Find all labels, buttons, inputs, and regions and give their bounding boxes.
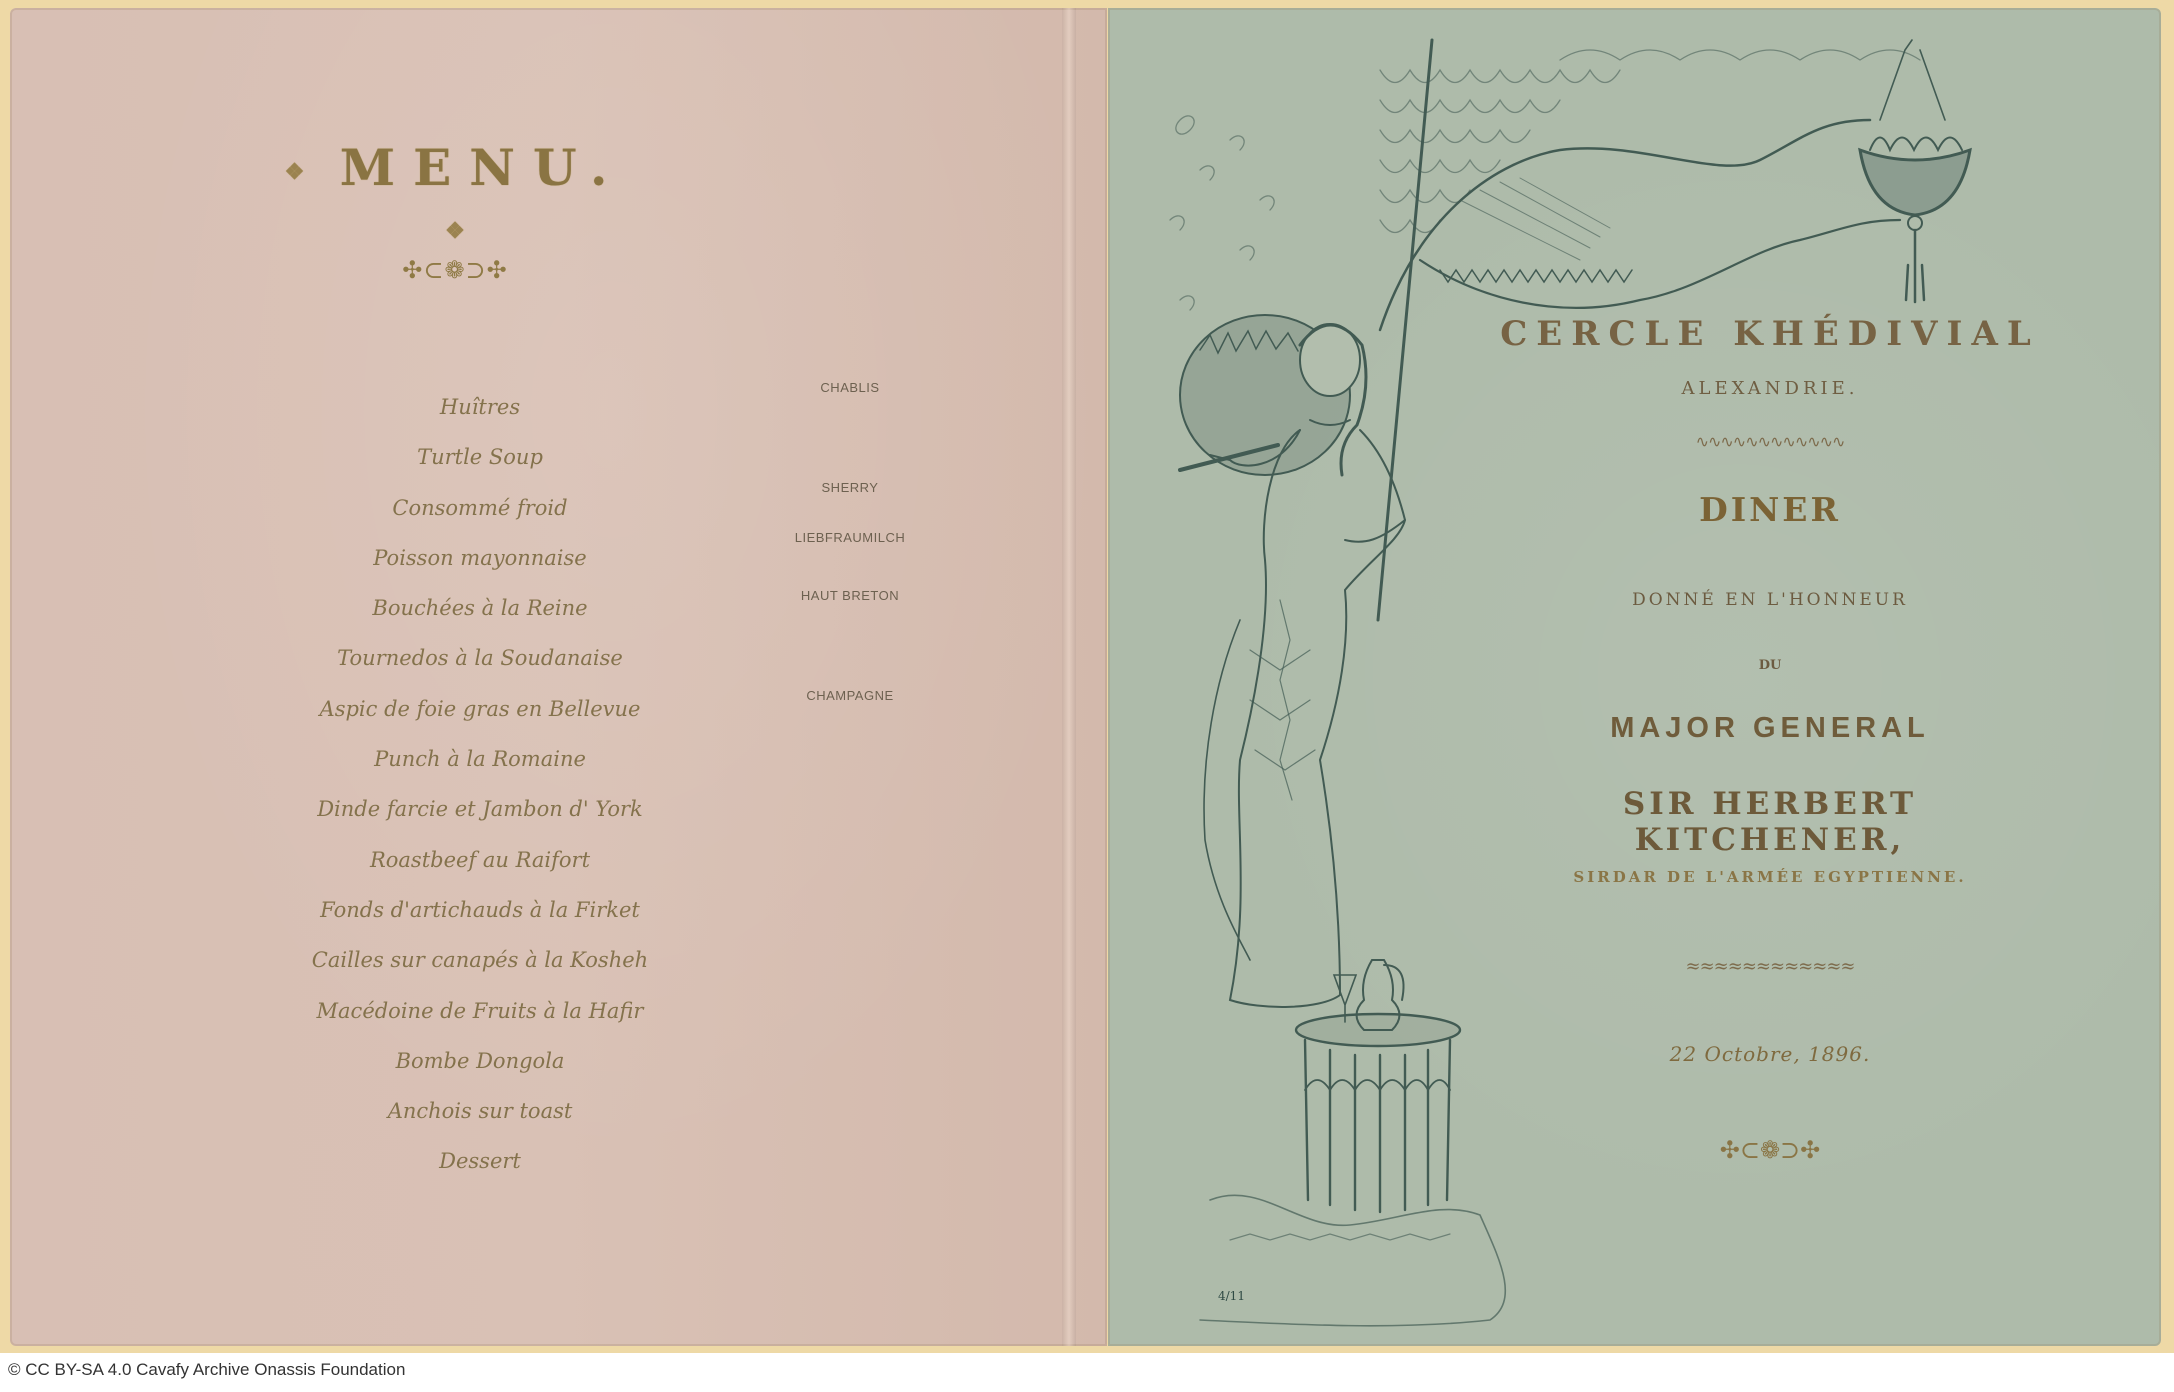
side-table-icon xyxy=(1296,960,1460,1212)
scale-pattern-icon xyxy=(1170,50,1920,310)
honoree-name: SIR HERBERT KITCHENER, xyxy=(1490,786,2050,858)
honoree-role: SIRDAR DE L'ARMÉE EGYPTIENNE. xyxy=(1490,868,2050,886)
scanned-document: ❖ MENU. ❖ ✣⊂❁⊃✣ Huîtres Turtle Soup Cons… xyxy=(0,0,2174,1353)
copyright-credit: © CC BY-SA 4.0 Cavafy Archive Onassis Fo… xyxy=(8,1360,405,1380)
club-name: CERCLE KHÉDIVIAL xyxy=(1490,314,2050,354)
rug-icon xyxy=(1200,1195,1505,1326)
artist-signature: 4/11 xyxy=(1218,1289,1245,1303)
honoree-rank: MAJOR GENERAL xyxy=(1490,712,2050,745)
city-name: ALEXANDRIE. xyxy=(1490,378,2050,399)
event-date: 22 Octobre, 1896. xyxy=(1490,1042,2050,1066)
event-title: DINER xyxy=(1490,490,2050,529)
bottom-ornament-icon: ✣⊂❁⊃✣ xyxy=(1490,1136,2050,1164)
hanging-lamp-icon xyxy=(1860,40,1970,302)
wave-divider-icon: ≈≈≈≈≈≈≈≈≈≈≈≈ xyxy=(1490,956,2050,977)
article-text: DU xyxy=(1490,658,2050,673)
dedication-text: DONNÉ EN L'HONNEUR xyxy=(1490,590,2050,610)
squiggle-divider-icon: ∿∿∿∿∿∿∿∿∿∿∿∿ xyxy=(1490,432,2050,451)
